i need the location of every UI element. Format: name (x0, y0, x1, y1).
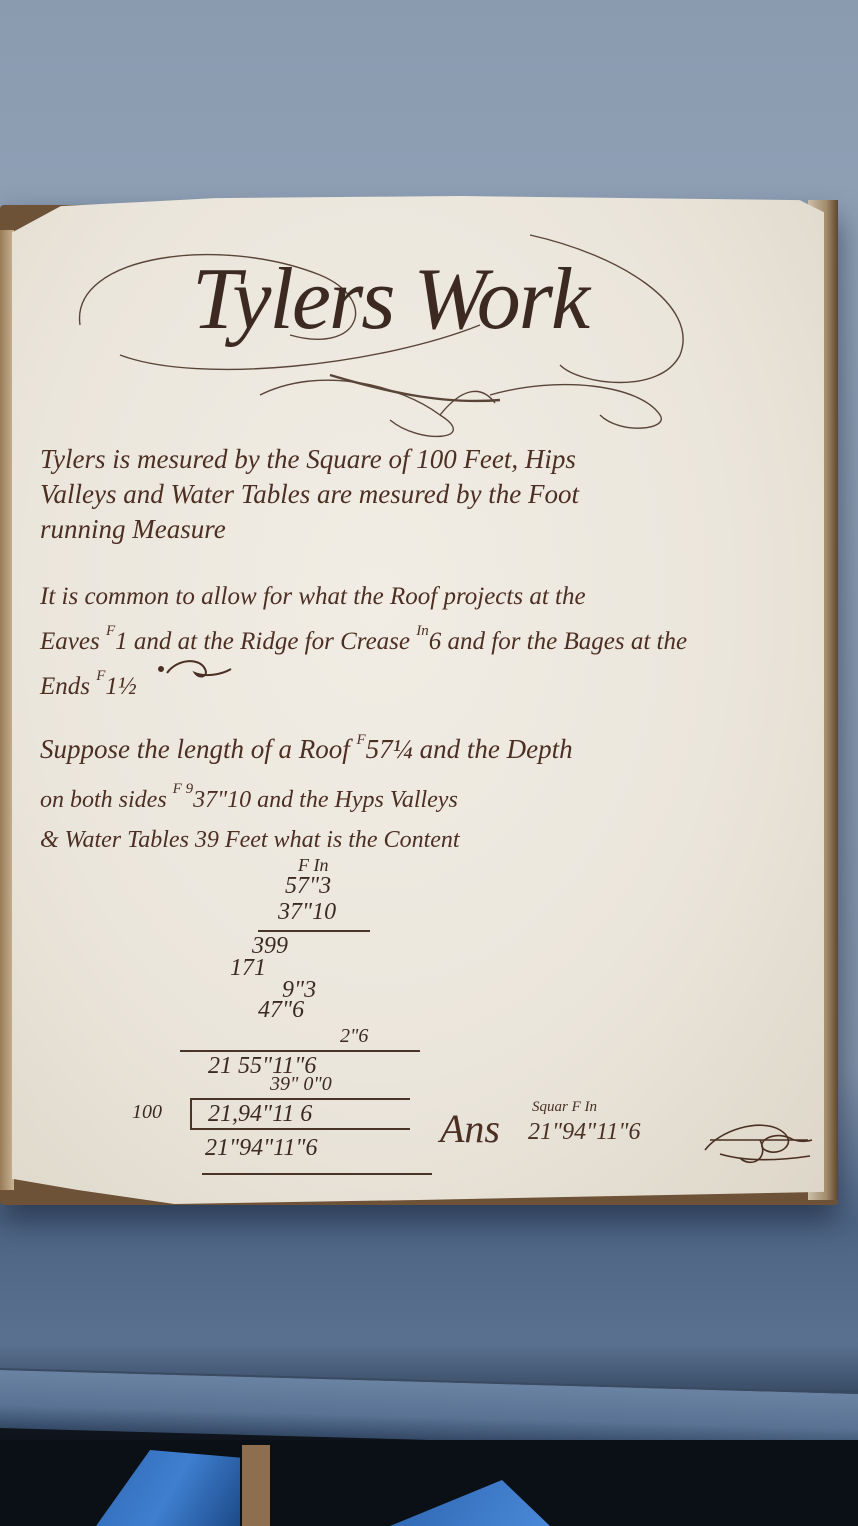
unit-mark: F 9 (173, 781, 193, 797)
measure-value: 1½ (105, 673, 136, 700)
text-segment: Ends (40, 673, 90, 700)
calc-multiplicand: 57"3 (285, 873, 331, 900)
facing-page-edge (0, 230, 14, 1190)
paragraph-allowances: It is common to allow for what the Roof … (40, 580, 815, 704)
calc-dividend: 21,94"11 6 (208, 1101, 312, 1128)
text-line: Suppose the length of a Roof F57¼ and th… (40, 720, 815, 769)
calc-divisor: 100 (132, 1101, 162, 1124)
answer: Ans Squar F In 21"94"11"6 (440, 1105, 500, 1152)
calc-rule (190, 1128, 410, 1130)
text-segment: Suppose the length of a Roof (40, 734, 350, 764)
calc-rule (190, 1098, 410, 1100)
calc-rule (258, 930, 370, 932)
calc-partial: 171 (230, 955, 266, 982)
text-line: on both sides F 937"10 and the Hyps Vall… (40, 769, 815, 820)
answer-value: 21"94"11"6 (528, 1119, 640, 1146)
paragraph-problem: Suppose the length of a Roof F57¼ and th… (40, 720, 815, 860)
calc-partial: 47"6 (258, 997, 304, 1024)
text-line: Eaves F1 and at the Ridge for Crease In6… (40, 614, 815, 659)
text-line: It is common to allow for what the Roof … (40, 580, 815, 614)
measure-value: 6 (429, 628, 442, 655)
text-line: running Measure (40, 512, 815, 547)
calc-rule (180, 1050, 420, 1052)
unit-mark: F (356, 732, 365, 748)
measure-value: 57¼ (366, 734, 413, 764)
answer-label: Ans (440, 1106, 500, 1151)
calc-partial: 2"6 (340, 1025, 368, 1048)
unit-mark: F (106, 623, 115, 639)
measure-value: 37"10 (193, 787, 251, 813)
paragraph-measurement-rule: Tylers is mesured by the Square of 100 F… (40, 442, 815, 547)
text-segment: and for the Bages at the (448, 628, 688, 655)
text-line: & Water Tables 39 Feet what is the Conte… (40, 820, 815, 860)
text-segment: and at the Ridge for Crease (134, 628, 410, 655)
calc-division-bracket (190, 1098, 192, 1128)
answer-units: Squar F In (532, 1099, 597, 1116)
calc-rule (202, 1173, 432, 1175)
text-segment: and the Depth (420, 734, 573, 764)
text-segment: and the Hyps Valleys (257, 787, 458, 813)
unit-mark: In (416, 623, 429, 639)
page-title: Tylers Work (130, 230, 650, 370)
measure-value: 1 (115, 628, 128, 655)
text-line: Valleys and Water Tables are mesured by … (40, 477, 815, 512)
text-segment: on both sides (40, 787, 167, 813)
text-line: Tylers is mesured by the Square of 100 F… (40, 442, 815, 477)
calc-multiplier: 37"10 (278, 899, 336, 926)
line-flourish-icon (155, 655, 235, 685)
end-flourish-icon (700, 1110, 815, 1170)
wooden-post (242, 1445, 270, 1526)
worked-calculation: F In 57"3 37"10 399 171 9"3 47"6 2"6 21 … (130, 855, 450, 1195)
calc-addend: 39" 0"0 (270, 1073, 332, 1096)
calc-result: 21"94"11"6 (205, 1135, 317, 1162)
text-segment: Eaves (40, 628, 100, 655)
